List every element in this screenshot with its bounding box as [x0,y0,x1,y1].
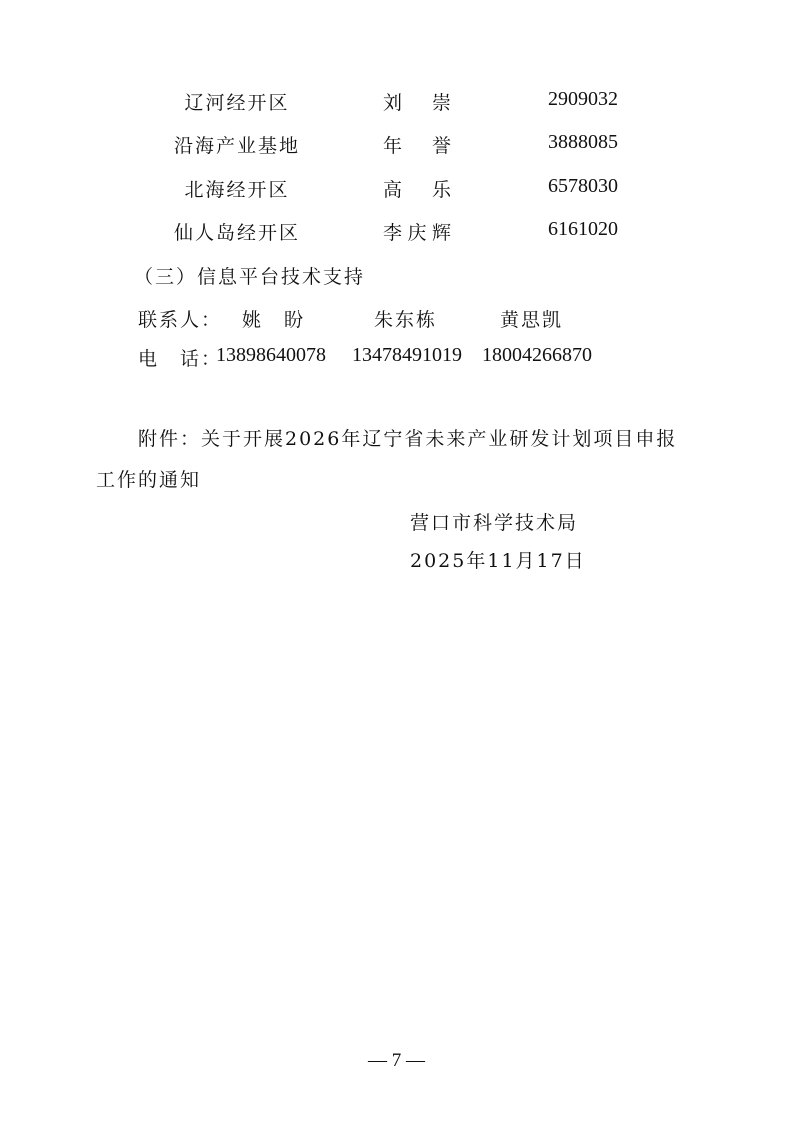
contacts-label: 联系人： [138,305,222,332]
phone-number: 13478491019 [352,344,462,367]
phone-number: 18004266870 [482,344,592,367]
contact-phone: 2909032 [520,88,618,111]
attachment-line-2: 工作的通知 [96,465,201,492]
contact-person: 高 乐 [383,175,453,202]
contact-name: 朱东栋 [374,305,437,332]
contact-name: 黄思凯 [500,305,563,332]
phone-label: 电 话： [138,344,222,371]
unit-name: 北海经开区 [152,175,322,202]
contact-row: 仙人岛经开区 李庆辉 6161020 [0,218,793,248]
issue-date: 2025年11月17日 [410,546,586,573]
contact-name: 姚 盼 [242,305,305,332]
unit-name: 仙人岛经开区 [152,218,322,245]
page-number: — 7 — [0,1050,793,1072]
unit-name: 辽河经开区 [152,88,322,115]
section-heading: （三）信息平台技术支持 [134,262,365,289]
document-page: 辽河经开区 刘 崇 2909032 沿海产业基地 年 誉 3888085 北海经… [0,0,793,1122]
attachment-line-1: 附件：关于开展2026年辽宁省未来产业研发计划项目申报 [138,424,677,451]
contact-person: 刘 崇 [383,88,453,115]
contact-phone: 6161020 [520,218,618,241]
contact-row: 辽河经开区 刘 崇 2909032 [0,88,793,118]
contact-row: 北海经开区 高 乐 6578030 [0,175,793,205]
issuer-signature: 营口市科学技术局 [410,508,578,535]
contact-row: 沿海产业基地 年 誉 3888085 [0,131,793,161]
phone-number: 13898640078 [216,344,326,367]
contact-person: 年 誉 [383,131,453,158]
contact-phone: 3888085 [520,131,618,154]
unit-name: 沿海产业基地 [152,131,322,158]
contact-phone: 6578030 [520,175,618,198]
contact-person: 李庆辉 [383,218,453,245]
